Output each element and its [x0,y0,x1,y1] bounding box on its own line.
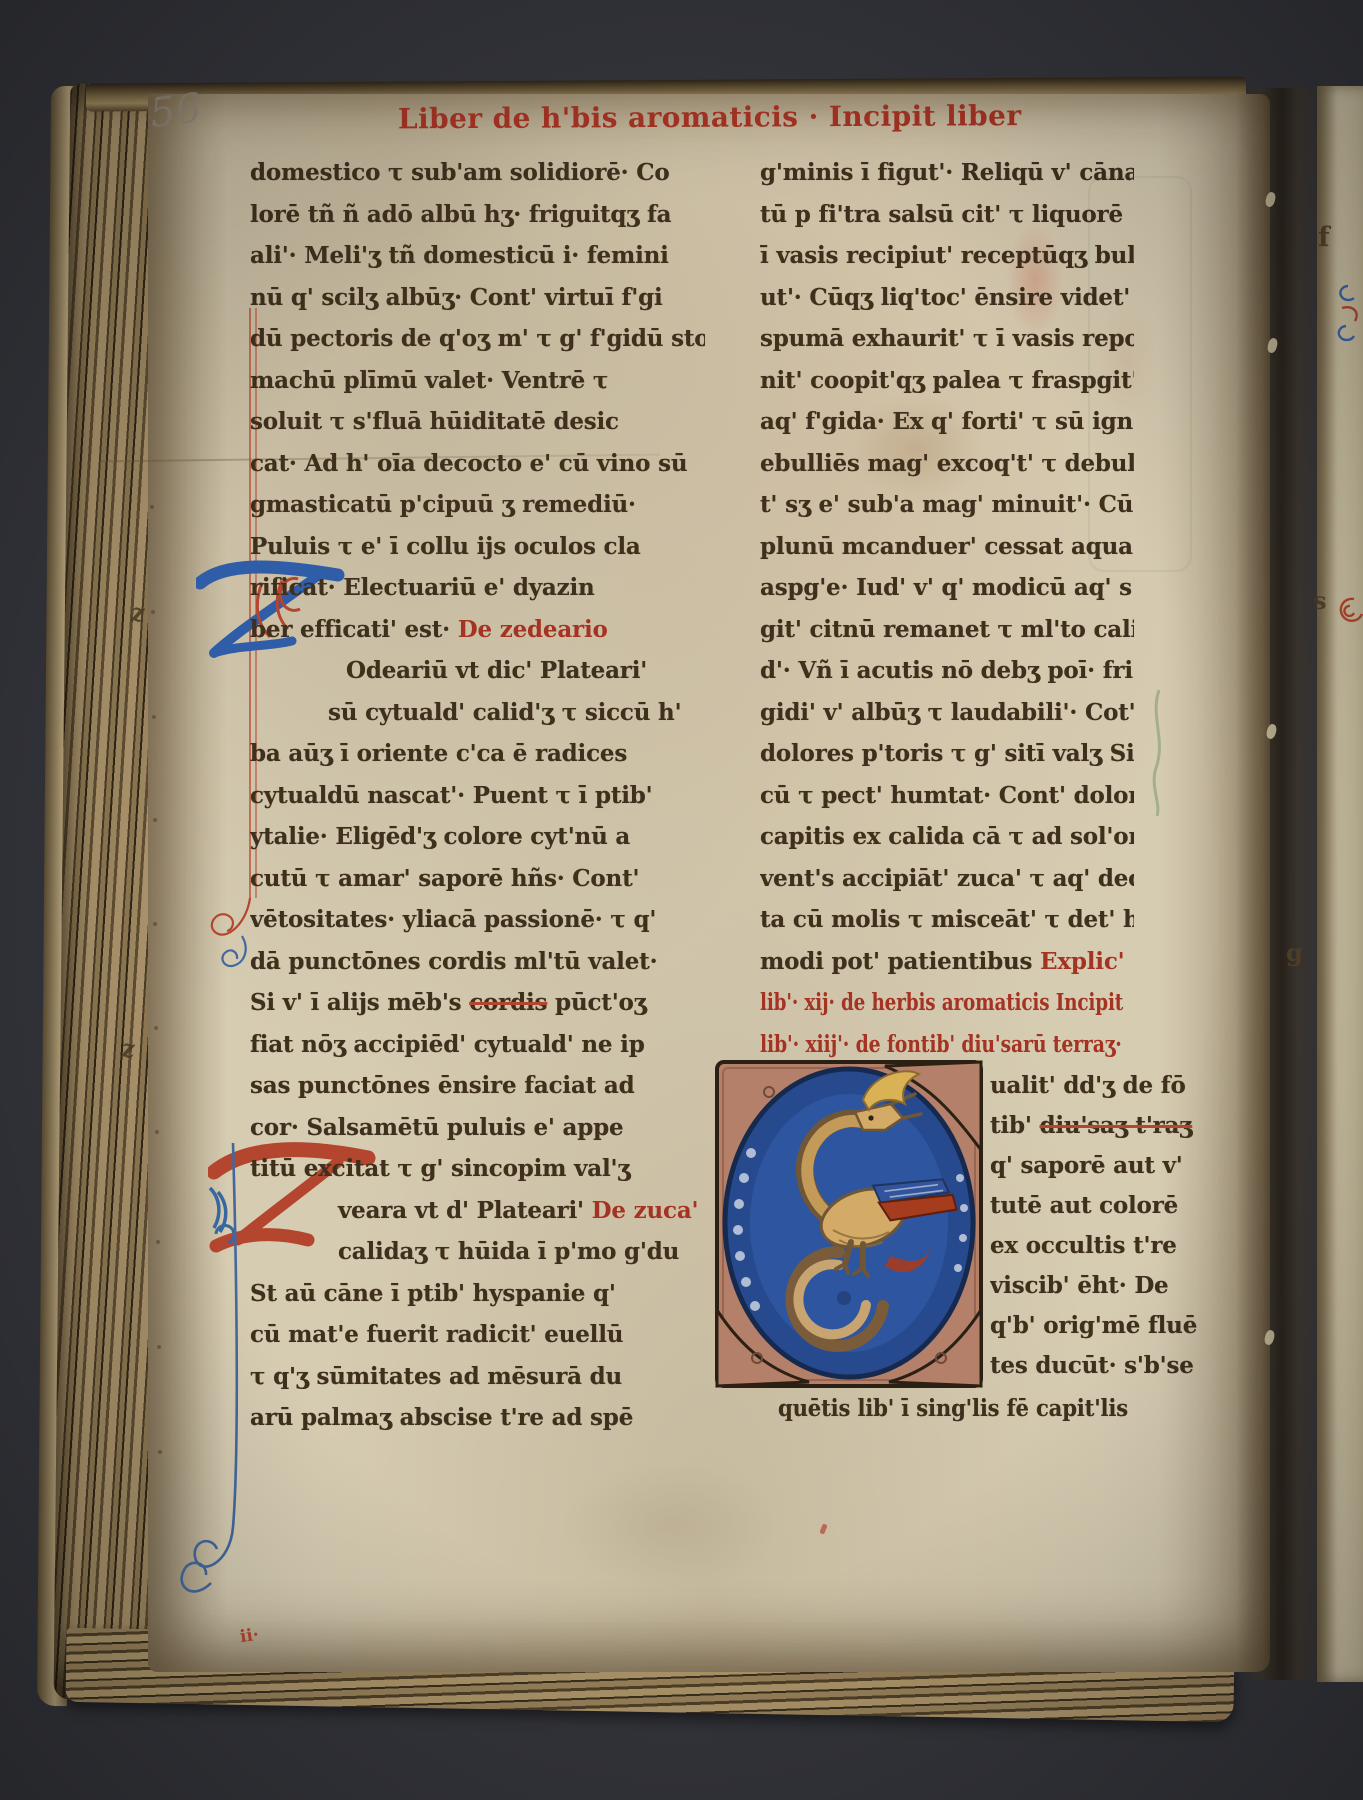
ink-text: titū excitat τ g' sincopim val'ʒ [250,1155,630,1182]
ink-text: rificat· Electuariū e' dyazin [250,574,595,601]
ink-text: capitis ex calida cā τ ad sol'onē [760,823,1134,850]
manuscript-text-line: ba aūʒ ī oriente c'ca ē radices [250,733,705,775]
ink-text: nit' coopit'qʒ palea τ fraspgit' [760,367,1134,394]
manuscript-text-line: domestico τ sub'am solidiorē· Co [250,152,705,194]
prick-mark [156,1240,160,1244]
manuscript-text-line: aq' f'gida· Ex q' forti' τ sū igne [760,401,1134,443]
ink-text: Si v' ī alijs mēb's [250,989,469,1016]
manuscript-text-line: nū q' scilʒ albūʒ· Cont' virtuī f'gi [250,277,705,319]
rubric-text: De zuca' [592,1197,699,1224]
ink-text: plunū mcanduer' cessat aqua [760,533,1133,560]
ink-text: St aū cāne ī ptib' hyspanie q' [250,1280,616,1307]
ink-text: lorē tñ ñ adō albū hʒ· friguitqʒ fa [250,201,671,228]
ink-text: Puluis τ e' ī collu ijs oculos cla [250,533,641,560]
ink-text: ebulliēs mag' excoq't' τ debulli [760,450,1134,477]
ink-text: dolores p'toris τ g' sitī valʒ Sic [760,740,1134,767]
running-header-rubric: Liber de h'bis aromaticis · Incipit libe… [398,95,904,142]
manuscript-photo: 56 Liber de h'bis aromaticis · Incipit l… [0,0,1363,1800]
ink-text: ta cū molis τ misceāt' τ det' h' [760,906,1134,933]
prick-mark [150,505,154,509]
ink-text: vētositates· yliacā passionē· τ q' [250,906,656,933]
ink-text: ut'· Cūqʒ liq'toc' ēnsire videt' ī [760,284,1134,311]
manuscript-text-line: Puluis τ e' ī collu ijs oculos cla [250,526,705,568]
red-bottom-mark: ii· [239,1625,260,1647]
manuscript-text-line: veara vt d' Plateari' De zuca' [338,1190,705,1232]
ink-text: aspg'e· Iud' v' q' modicū aq' s'sp [760,574,1134,601]
manuscript-text-line: ta cū molis τ misceāt' τ det' h' [760,899,1134,941]
manuscript-text-line: cū mat'e fuerit radicit' euellū [250,1314,705,1356]
manuscript-text-line: dū pectoris de q'oʒ m' τ g' f'gidū sto [250,318,705,360]
ink-text: cū mat'e fuerit radicit' euellū [250,1321,623,1348]
manuscript-text-line: ī vasis recipiut' receptūqʒ bulli [760,235,1134,277]
ink-text: fiat nōʒ accipiēd' cytuald' ne ip [250,1031,645,1058]
ink-text: quētis lib' ī sing'lis fē capit'lis [778,1395,1128,1422]
manuscript-text-line: ytalie· Eligēd'ʒ colore cyt'nū a [250,816,705,858]
manuscript-text-line: capitis ex calida cā τ ad sol'onē [760,816,1134,858]
manuscript-text-line: gidi' v' albūʒ τ laudabili'· Cot' [760,692,1134,734]
manuscript-text-line: q'b' orig'mē fluē [990,1306,1204,1346]
manuscript-text-line: τ q'ʒ sūmitates ad mēsurā du [250,1356,705,1398]
ink-text: τ q'ʒ sūmitates ad mēsurā du [250,1363,622,1390]
ink-text: q' saporē aut v' [990,1152,1183,1179]
manuscript-text-line: soluit τ s'fluā hūiditatē desic [250,401,705,443]
ink-text: ali'· Meli'ʒ tñ domesticū i· femini [250,242,669,269]
binding-gutter [1236,88,1324,1680]
manuscript-text-line: plunū mcanduer' cessat aqua [760,526,1134,568]
prick-mark [152,715,156,719]
prick-mark [158,1450,162,1454]
text-beside-initial: ualit' dd'ʒ de fōtib' diu'saʒ t'raʒq' sa… [990,1066,1204,1390]
margin-letter-z1: z [131,598,145,627]
ink-text: arū palmaʒ abscise t're ad spē [250,1404,633,1431]
ink-text: ex occultis t're [990,1232,1177,1259]
manuscript-text-line: tib' diu'saʒ t'raʒ [990,1106,1204,1146]
ink-text: tib' [990,1112,1040,1139]
struck-text: diu'saʒ t'raʒ [1040,1112,1193,1139]
ink-text: domestico τ sub'am solidiorē· Co [250,159,670,186]
ink-text: veara vt d' Plateari' [338,1197,592,1224]
faint-stain [560,1460,780,1590]
manuscript-text-line: cor· Salsamētū puluis e' appe [250,1107,705,1149]
prick-mark [157,1345,161,1349]
ink-text: vent's accipiāt' zuca' τ aq' decoc [760,865,1134,892]
ink-text: gidi' v' albūʒ τ laudabili'· Cot' [760,699,1134,726]
manuscript-text-line: Si v' ī alijs mēb's cordis pūct'oʒ [250,982,705,1024]
ink-text: cytualdū nascat'· Puent τ ī ptib' [250,782,653,809]
ink-text: sū cytuald' calid'ʒ τ siccū h' [328,699,681,726]
text-column-right: g'minis ī figut'· Reliqū v' cānatū p fi'… [760,152,1134,1070]
ink-text: gmasticatū p'cipuū ʒ remediū· [250,491,636,518]
manuscript-text-line: Odeariū vt dic' Plateari' [346,650,705,692]
last-text-line: quētis lib' ī sing'lis fē capit'lis [778,1388,1143,1432]
manuscript-text-line: ut'· Cūqʒ liq'toc' ēnsire videt' ī [760,277,1134,319]
ink-text: dū pectoris de q'oʒ m' τ g' f'gidū sto [250,325,705,352]
ink-text: cor· Salsamētū puluis e' appe [250,1114,623,1141]
ink-text: spumā exhaurit' τ ī vasis repo [760,325,1134,352]
manuscript-text-line: calidaʒ τ hūida ī p'mo g'du [338,1231,705,1273]
manuscript-text-line: tes ducūt· s'b'se [990,1346,1204,1386]
prick-mark [155,1130,159,1134]
green-show-through-flourish [1146,686,1170,820]
edge-pen-flourish-red [1330,594,1363,628]
manuscript-text-line: vētositates· yliacā passionē· τ q' [250,899,705,941]
ink-text: dā punctōnes cordis ml'tū valet· [250,948,657,975]
manuscript-text-line: tū p fi'tra salsū cit' τ liquorē [760,194,1134,236]
ink-text: modi pot' patientibus [760,948,1040,975]
ink-text: ī vasis recipiut' receptūqʒ bulli [760,242,1134,269]
manuscript-text-line: gmasticatū p'cipuū ʒ remediū· [250,484,705,526]
manuscript-text-line: d'· Vñ ī acutis nō debʒ poī· fri [760,650,1134,692]
manuscript-text-line: ualit' dd'ʒ de fō [990,1066,1204,1106]
ink-text: machū plīmū valet· Ventrē τ [250,367,608,394]
manuscript-text-line: cū τ pect' humtat· Cont' dolorē [760,775,1134,817]
ink-text: viscib' ēht· De [990,1272,1169,1299]
ink-text: Odeariū vt dic' Plateari' [346,657,647,684]
manuscript-text-line: dolores p'toris τ g' sitī valʒ Sic [760,733,1134,775]
ink-text: t' sʒ e' sub'a mag' minuit'· Cūqʒ [760,491,1134,518]
ink-text: cutū τ amar' saporē hñs· Cont' [250,865,639,892]
illuminated-initial-q-dragon [713,1058,985,1390]
ink-text: sas punctōnes ēnsire faciat ad [250,1072,634,1099]
edge-pen-flourish-top [1334,282,1362,348]
ink-text: tes ducūt· s'b'se [990,1352,1194,1379]
manuscript-text-line: t' sʒ e' sub'a mag' minuit'· Cūqʒ [760,484,1134,526]
manuscript-text-line: ex occultis t're [990,1226,1204,1266]
ink-text: cat· Ad h' oīa decocto e' cū vino sū [250,450,687,477]
manuscript-text-line: quētis lib' ī sing'lis fē capit'lis [778,1388,1114,1430]
margin-letter-s: s [1313,586,1327,615]
ink-text: ba aūʒ ī oriente c'ca ē radices [250,740,627,767]
ink-text: calidaʒ τ hūida ī p'mo g'du [338,1238,679,1265]
margin-letter-f: f [1318,222,1330,253]
manuscript-text-line: sū cytuald' calid'ʒ τ siccū h' [328,692,705,734]
margin-letter-z2: z [121,1034,135,1063]
rubric-text: De zedeario [458,616,608,643]
manuscript-text-line: cat· Ad h' oīa decocto e' cū vino sū [250,443,705,485]
struck-text: cordis [469,989,547,1016]
ink-text: tutē aut colorē [990,1192,1178,1219]
prick-mark [153,818,157,822]
manuscript-text-line: cutū τ amar' saporē hñs· Cont' [250,858,705,900]
manuscript-text-line: g'minis ī figut'· Reliqū v' cāna [760,152,1134,194]
manuscript-text-line: modi pot' patientibus Explic' [760,941,1134,983]
ink-text: soluit τ s'fluā hūiditatē desic [250,408,619,435]
manuscript-text-line: vent's accipiāt' zuca' τ aq' decoc [760,858,1134,900]
manuscript-text-line: nit' coopit'qʒ palea τ fraspgit' [760,360,1134,402]
rubric-text: Explic' [1040,948,1124,975]
manuscript-text-line: ber efficati' est· De zedeario [250,609,705,651]
manuscript-text-line: lib'· xij· de herbis aromaticis Incipit [760,982,1059,1024]
manuscript-text-line: titū excitat τ g' sincopim val'ʒ [250,1148,705,1190]
manuscript-text-line: ebulliēs mag' excoq't' τ debulli [760,443,1134,485]
manuscript-text-line: cytualdū nascat'· Puent τ ī ptib' [250,775,705,817]
prick-mark [151,610,155,614]
manuscript-text-line: viscib' ēht· De [990,1266,1204,1306]
rubric-text: lib'· xij· de herbis aromaticis Incipit [760,989,1123,1016]
manuscript-text-line: lorē tñ ñ adō albū hʒ· friguitqʒ fa [250,194,705,236]
folio-number: 56 [147,85,203,137]
ink-text: g'minis ī figut'· Reliqū v' cāna [760,159,1134,186]
ink-text: git' citnū remanet τ ml'to cali [760,616,1134,643]
manuscript-text-line: dā punctōnes cordis ml'tū valet· [250,941,705,983]
ink-text: aq' f'gida· Ex q' forti' τ sū igne [760,408,1134,435]
manuscript-text-line: ali'· Meli'ʒ tñ domesticū i· femini [250,235,705,277]
ink-text: nū q' scilʒ albūʒ· Cont' virtuī f'gi [250,284,663,311]
manuscript-text-line: fiat nōʒ accipiēd' cytuald' ne ip [250,1024,705,1066]
rubric-text: lib'· xiij'· de fontib' diu'sarū terraʒ· [760,1031,1122,1058]
ink-text: ber efficati' est· [250,616,458,643]
ink-text: tū p fi'tra salsū cit' τ liquorē [760,201,1123,228]
manuscript-text-line: q' saporē aut v' [990,1146,1204,1186]
ink-text: cū τ pect' humtat· Cont' dolorē [760,782,1134,809]
manuscript-text-line: rificat· Electuariū e' dyazin [250,567,705,609]
ink-text: ytalie· Eligēd'ʒ colore cyt'nū a [250,823,630,850]
manuscript-text-line: arū palmaʒ abscise t're ad spē [250,1397,705,1439]
margin-letter-g: g [1286,938,1303,967]
manuscript-text-line: git' citnū remanet τ ml'to cali [760,609,1134,651]
manuscript-text-line: sas punctōnes ēnsire faciat ad [250,1065,705,1107]
manuscript-text-line: tutē aut colorē [990,1186,1204,1226]
ink-text: d'· Vñ ī acutis nō debʒ poī· fri [760,657,1133,684]
manuscript-text-line: aspg'e· Iud' v' q' modicū aq' s'sp [760,567,1134,609]
ink-text: pūct'oʒ [547,989,646,1016]
ink-text: ualit' dd'ʒ de fō [990,1072,1186,1099]
manuscript-text-line: St aū cāne ī ptib' hyspanie q' [250,1273,705,1315]
ink-text: q'b' orig'mē fluē [990,1312,1197,1339]
manuscript-text-line: spumā exhaurit' τ ī vasis repo [760,318,1134,360]
manuscript-text-line: machū plīmū valet· Ventrē τ [250,360,705,402]
text-column-left: domestico τ sub'am solidiorē· Colorē tñ … [250,152,705,1447]
